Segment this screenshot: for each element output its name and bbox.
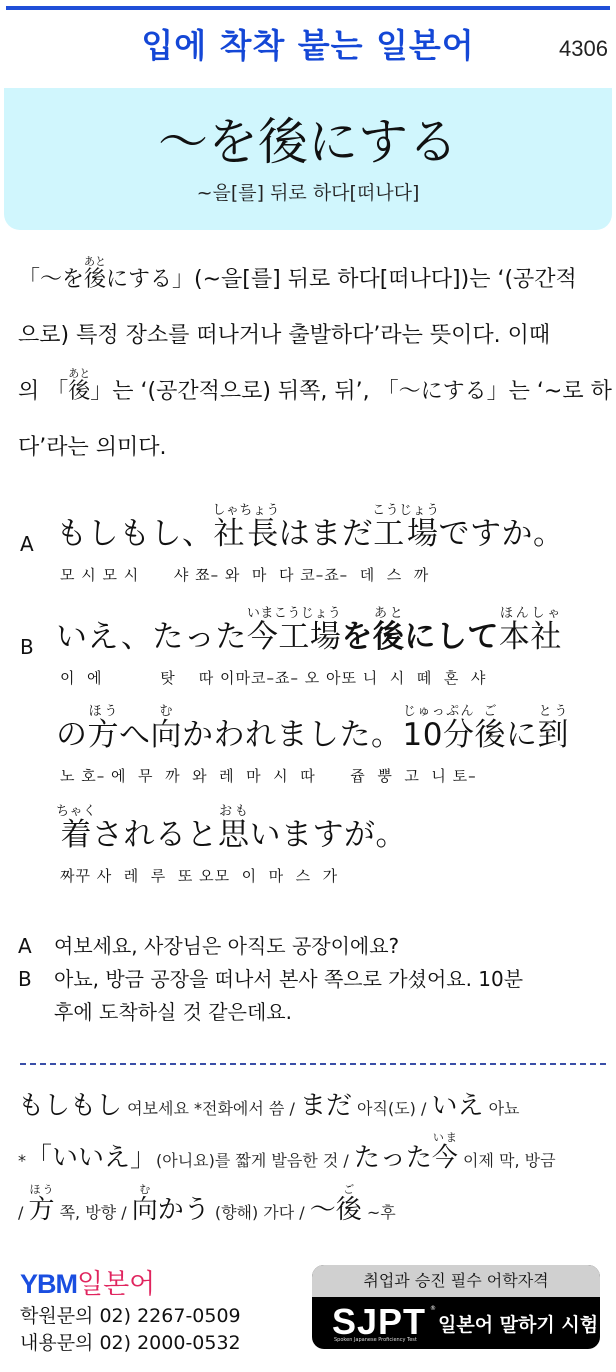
academy-contact: 학원문의 02) 2267-0509	[20, 1301, 241, 1328]
explanation-line-2: 으로) 특정 장소를 떠나거나 출발하다’라는 뜻이다. 이때	[18, 308, 602, 364]
explanation-line-4: 다’라는 의미다.	[18, 420, 602, 476]
dialogue-jp-line: の方ほうへ向むかわれました。10分じゅっぷん後ごに到とう	[56, 704, 569, 754]
expression-box: ～を後にする ~을[를] 뒤로 하다[떠나다]	[4, 88, 612, 230]
registered-mark: ®	[430, 1305, 436, 1312]
expression-meaning: ~을[를] 뒤로 하다[떠나다]	[4, 178, 612, 205]
pronunciation-line: 노 호– 에 무 까 와 레 마 시 따 쥽 뿡 고 니 토–	[60, 765, 477, 786]
pronunciation-line: 이 에 탓 따 이마코–죠– 오 아또 니 시 떼 혼 샤	[60, 667, 486, 688]
translation-text-cont: 후에 도착하실 것 같은데요.	[18, 996, 608, 1029]
dialogue-jp-line: 着ちゃくされると思おもいますが。	[56, 804, 407, 854]
translation-text: 아뇨, 방금 공장을 떠나서 본사 쪽으로 가셨어요. 10분	[54, 963, 523, 996]
translation-a: A 여보세요, 사장님은 아직도 공장이에요?	[18, 930, 608, 963]
pronunciation-line: 짜꾸 사 레 루 또 오모 이 마 스 가	[60, 865, 338, 886]
top-rule	[6, 6, 610, 10]
speaker-label: A	[18, 930, 54, 963]
sjpt-banner: 취업과 승진 필수 어학자격 SJPT ® Spoken Japanese Pr…	[312, 1265, 600, 1349]
vocab-line-2: *「いいえ」(아니요)를 짧게 발음한 것 / たった今いま 이제 막, 방금	[18, 1131, 608, 1183]
issue-number: 4306	[559, 36, 608, 62]
vocab-line-3: / 方ほう 쪽, 방향 / 向むかう (향해) 가다 / ～後ご ~후	[18, 1183, 608, 1235]
sjpt-description: 일본어 말하기 시험	[438, 1310, 598, 1337]
translation-b: B 아뇨, 방금 공장을 떠나서 본사 쪽으로 가셨어요. 10분	[18, 963, 608, 996]
content-contact: 내용문의 02) 2000-0532	[20, 1328, 241, 1355]
explanation-line-3: 의 「後あと」는 ‘(공간적으로) 뒤쪽, 뒤’, 「～にする」는 ‘~로 하	[18, 364, 602, 420]
sjpt-subtitle: Spoken Japanese Proficiency Test	[334, 1337, 417, 1343]
explanation: 「～を後あとにする」(~을[를] 뒤로 하다[떠나다])는 ‘(공간적 으로) …	[18, 252, 602, 476]
vocabulary: もしもし 여보세요 *전화에서 씀 / まだ 아직(도) / いえ 아뇨 *「い…	[18, 1084, 608, 1235]
translation-text: 여보세요, 사장님은 아직도 공장이에요?	[54, 930, 399, 963]
speaker-label: A	[20, 532, 34, 556]
sjpt-logo-area: SJPT ® Spoken Japanese Proficiency Test …	[312, 1297, 600, 1349]
ybm-logo: YBM일본어	[20, 1262, 155, 1301]
dashed-divider	[20, 1063, 606, 1065]
sjpt-tagline: 취업과 승진 필수 어학자격	[312, 1265, 600, 1297]
explanation-line-1: 「～を後あとにする」(~을[를] 뒤로 하다[떠나다])는 ‘(공간적	[18, 252, 602, 308]
dialogue-jp-line: いえ、たった今工場いまこうじょうを後あとにして本社ほんしゃ	[56, 606, 562, 656]
dialogue-jp-line: もしもし、社長しゃちょうはまだ工場こうじょうですか。	[56, 503, 565, 553]
speaker-label: B	[18, 963, 54, 996]
expression-jp: ～を後にする	[4, 102, 612, 174]
speaker-label: B	[20, 635, 34, 659]
series-title: 입에 착착 붙는 일본어	[0, 20, 616, 67]
highlight-expression: を後あとにして	[341, 619, 499, 655]
vocab-line-1: もしもし 여보세요 *전화에서 씀 / まだ 아직(도) / いえ 아뇨	[18, 1084, 608, 1131]
translation: A 여보세요, 사장님은 아직도 공장이에요? B 아뇨, 방금 공장을 떠나서…	[18, 930, 608, 1029]
pronunciation-line: 모 시 모 시 샤 쬬– 와 마 다 코–죠– 데 스 까	[60, 564, 429, 585]
